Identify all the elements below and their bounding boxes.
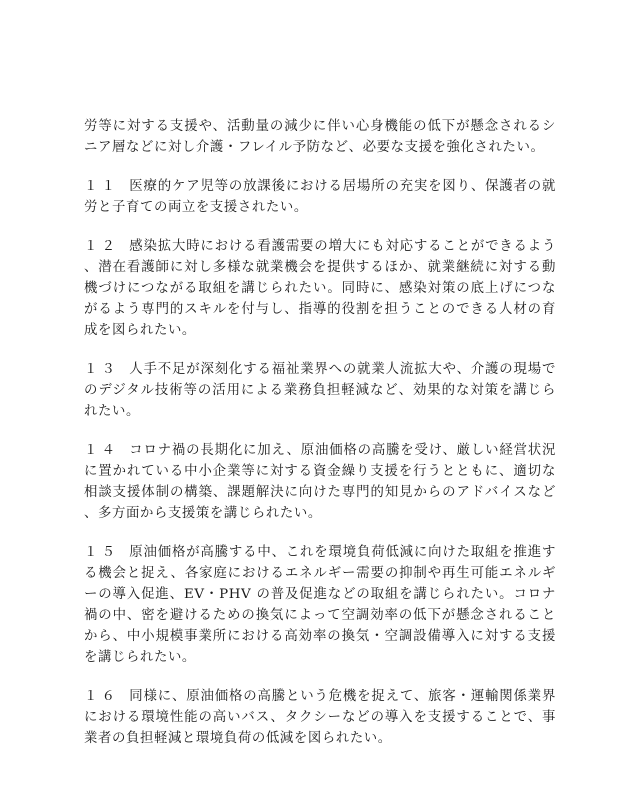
item-number: １３ [84,362,119,377]
item-number: １２ [84,239,119,254]
paragraph-text: 医療的ケア児等の放課後における居場所の充実を図り、保護者の就労と子育ての両立を支… [84,179,556,215]
paragraph-item-16: １６同様に、原油価格の高騰という危機を捉えて、旅客・運輸関係業界における環境性能… [84,686,556,749]
paragraph-item-15: １５原油価格が高騰する中、これを環境負荷低減に向けた取組を推進する機会と捉え、各… [84,542,556,668]
item-number: １５ [84,545,119,560]
paragraph-text: 同様に、原油価格の高騰という危機を捉えて、旅客・運輸関係業界における環境性能の高… [84,689,556,746]
item-number: １４ [84,443,119,458]
document-page: 労等に対する支援や、活動量の減少に伴い心身機能の低下が懸念されるシニア層などに対… [84,116,556,749]
paragraph-text: 感染拡大時における看護需要の増大にも対応することができるよう、潜在看護師に対し多… [84,239,556,338]
item-number: １６ [84,689,119,704]
paragraph-text: コロナ禍の長期化に加え、原油価格の高騰を受け、厳しい経営状況に置かれている中小企… [84,443,556,521]
paragraph-item-14: １４コロナ禍の長期化に加え、原油価格の高騰を受け、厳しい経営状況に置かれている中… [84,440,556,524]
paragraph-continuation: 労等に対する支援や、活動量の減少に伴い心身機能の低下が懸念されるシニア層などに対… [84,116,556,158]
paragraph-text: 原油価格が高騰する中、これを環境負荷低減に向けた取組を推進する機会と捉え、各家庭… [84,545,556,665]
paragraph-text: 労等に対する支援や、活動量の減少に伴い心身機能の低下が懸念されるシニア層などに対… [84,119,556,155]
paragraph-item-13: １３人手不足が深刻化する福祉業界への就業人流拡大や、介護の現場でのデジタル技術等… [84,359,556,422]
paragraph-item-11: １１医療的ケア児等の放課後における居場所の充実を図り、保護者の就労と子育ての両立… [84,176,556,218]
item-number: １１ [84,179,119,194]
paragraph-text: 人手不足が深刻化する福祉業界への就業人流拡大や、介護の現場でのデジタル技術等の活… [84,362,556,419]
paragraph-item-12: １２感染拡大時における看護需要の増大にも対応することができるよう、潜在看護師に対… [84,236,556,341]
